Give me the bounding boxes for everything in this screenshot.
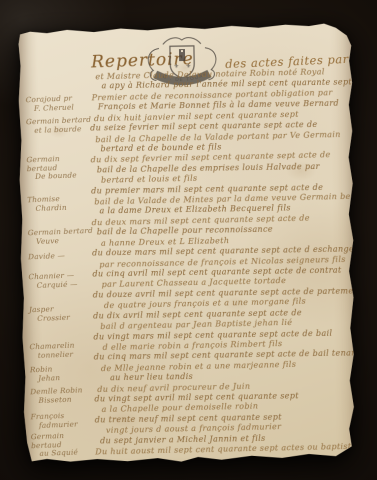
manuscript-line: bail de la Chapelle pour reconnoissance <box>97 225 273 237</box>
margin-entry-line: Carquié — <box>29 279 95 290</box>
stamp-fleur-icon: ⚜ <box>174 63 179 70</box>
margin-entry: Germain bertaudDe bounde <box>26 154 93 182</box>
margin-entry: Françoisfadmurier <box>30 411 97 431</box>
manuscript-line: bertard et de bounde et fils <box>100 142 221 153</box>
margin-entry: Germain bertardVeuve <box>28 227 95 247</box>
manuscript-line: a hanne Dreux et L Elizabeth <box>101 236 229 248</box>
manuscript-line: au heur lieu tandis <box>110 372 193 382</box>
margin-entry-line: Jehan <box>30 372 96 383</box>
manuscript-line: de Mlle jeanne robin et a une marjeanne … <box>101 359 296 372</box>
photo-background: Repertoire des actes faites par <box>0 0 377 480</box>
margin-entry: Demlle RobinBisseton <box>30 386 97 406</box>
manuscript-line: du vingt sept avril mil sept cent quaran… <box>94 391 299 403</box>
stamp-fleur-icon: ⚜ <box>180 56 185 62</box>
margin-entry-line: fadmurier <box>31 419 97 430</box>
margin-entry-line: et la bourde <box>26 124 92 135</box>
margin-entry-line: au Saquié <box>31 448 97 459</box>
margin-entry-line: F. Cheruel <box>26 102 92 113</box>
margin-entry: Channier —Carquié — <box>28 271 95 291</box>
margin-entry-line: Bisseton <box>30 394 96 405</box>
margin-entry: Chamarelintonnelier <box>29 341 96 361</box>
stamp-fleur-icon: ⚜ <box>186 63 191 70</box>
margin-entry-line: Veuve <box>28 235 94 246</box>
margin-entry-line: Chardin <box>27 202 93 213</box>
manuscript-line: bail de la Chapelle des emprises louis H… <box>97 162 320 174</box>
stamp-crown-icon <box>163 37 201 44</box>
margin-entry: Germain bertaudau Saquié <box>31 431 98 459</box>
margin-entry: Germain bertardet la bourde <box>26 116 93 136</box>
margin-entry: Corajoud prF. Cheruel <box>26 94 93 114</box>
manuscript-page: Repertoire des actes faites par <box>17 21 360 464</box>
manuscript-body: et Maistre Claude Delavau notaire Robin … <box>17 21 353 26</box>
margin-entry-line: De bounde <box>27 171 93 182</box>
manuscript-page-wrap: Repertoire des actes faites par <box>17 21 360 464</box>
margin-entry-line: Davide — <box>28 251 94 262</box>
margin-entry: JasperCrossier <box>29 304 96 324</box>
margin-entry: RobinJehan <box>30 364 97 384</box>
margin-names-column: Corajoud prF. CheruelGermain bertardet l… <box>17 21 353 26</box>
margin-entry: ThomiseChardin <box>27 194 94 214</box>
margin-entry-line: Crossier <box>29 312 95 323</box>
margin-entry: Davide — <box>28 251 94 262</box>
manuscript-line: bertard et louis et fils <box>101 174 198 185</box>
margin-entry-line: tonnelier <box>30 349 96 360</box>
